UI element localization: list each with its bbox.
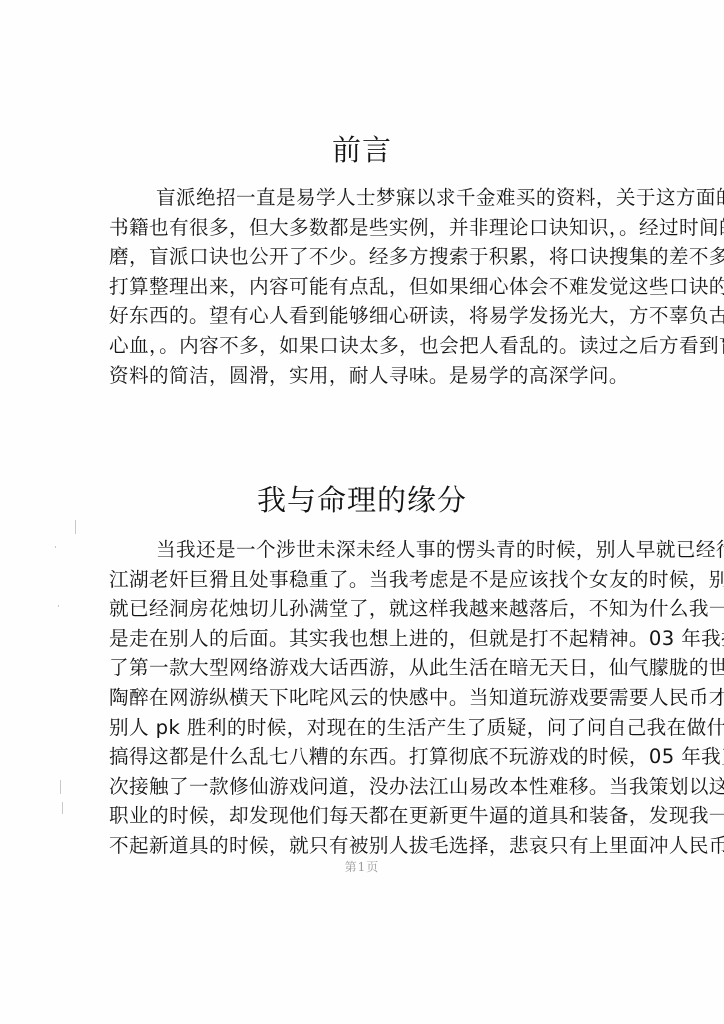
paragraph-line: 当我还是一个涉世未深未经人事的愣头青的时候，别人早就已经行走	[109, 535, 639, 565]
paragraph-line: 别人 pk 胜利的时候，对现在的生活产生了质疑，问了问自己我在做什么？	[109, 713, 639, 743]
preface-paragraph: 盲派绝招一直是易学人士梦寐以求千金难买的资料，关于这方面的 书籍也有很多，但大多…	[109, 183, 639, 390]
paragraph-line: 搞得这都是什么乱七八糟的东西。打算彻底不玩游戏的时候，05 年我又一	[109, 742, 639, 772]
paragraph-line: 了第一款大型网络游戏大话西游，从此生活在暗无天日，仙气朦胧的世界里，	[109, 653, 639, 683]
paragraph-line: 打算整理出来，内容可能有点乱，但如果细心体会不难发觉这些口诀的确是	[109, 272, 639, 302]
paragraph-line: 资料的简洁，圆滑，实用，耐人寻味。是易学的高深学问。	[109, 361, 639, 391]
scan-artifact	[55, 546, 56, 548]
paragraph-line: 磨，盲派口诀也公开了不少。经多方搜索于积累，将口诀搜集的差不多了，	[109, 242, 639, 272]
scan-artifact	[58, 605, 59, 607]
paragraph-line: 好东西的。望有心人看到能够细心研读，将易学发扬光大，方不辜负古人的	[109, 301, 639, 331]
section-title-preface: 前言	[0, 132, 724, 168]
paragraph-line: 盲派绝招一直是易学人士梦寐以求千金难买的资料，关于这方面的	[109, 183, 639, 213]
scanned-document-page: 前言 盲派绝招一直是易学人士梦寐以求千金难买的资料，关于这方面的 书籍也有很多，…	[0, 0, 724, 1024]
scan-artifact	[75, 520, 76, 534]
scan-artifact	[62, 802, 63, 814]
scan-artifact	[60, 780, 61, 794]
paragraph-line: 职业的时候，却发现他们每天都在更新更牛逼的道具和装备，发现我一旦买	[109, 801, 639, 831]
destiny-paragraph: 当我还是一个涉世未深未经人事的愣头青的时候，别人早就已经行走 江湖老奸巨猾且处事…	[109, 535, 639, 861]
section-title-destiny: 我与命理的缘分	[0, 482, 724, 518]
paragraph-line: 陶醉在网游纵横天下叱咤风云的快感中。当知道玩游戏要需要人民币才能和	[109, 683, 639, 713]
paragraph-line: 心血，。内容不多，如果口诀太多，也会把人看乱的。读过之后方看到盲派	[109, 331, 639, 361]
paragraph-line: 就已经洞房花烛切儿孙满堂了，就这样我越来越落后，不知为什么我一直都	[109, 594, 639, 624]
paragraph-line: 书籍也有很多，但大多数都是些实例，并非理论口诀知识，。经过时间的消	[109, 213, 639, 243]
paragraph-line: 江湖老奸巨猾且处事稳重了。当我考虑是不是应该找个女友的时候，别人早	[109, 565, 639, 595]
page-number: 第1页	[0, 858, 724, 875]
paragraph-line: 是走在别人的后面。其实我也想上进的，但就是打不起精神。03 年我接触	[109, 624, 639, 654]
paragraph-line: 次接触了一款修仙游戏问道，没办法江山易改本性难移。当我策划以这个为	[109, 772, 639, 802]
paragraph-line: 不起新道具的时候，就只有被别人拔毛选择，悲哀只有上里面冲人民币了。	[109, 831, 639, 861]
